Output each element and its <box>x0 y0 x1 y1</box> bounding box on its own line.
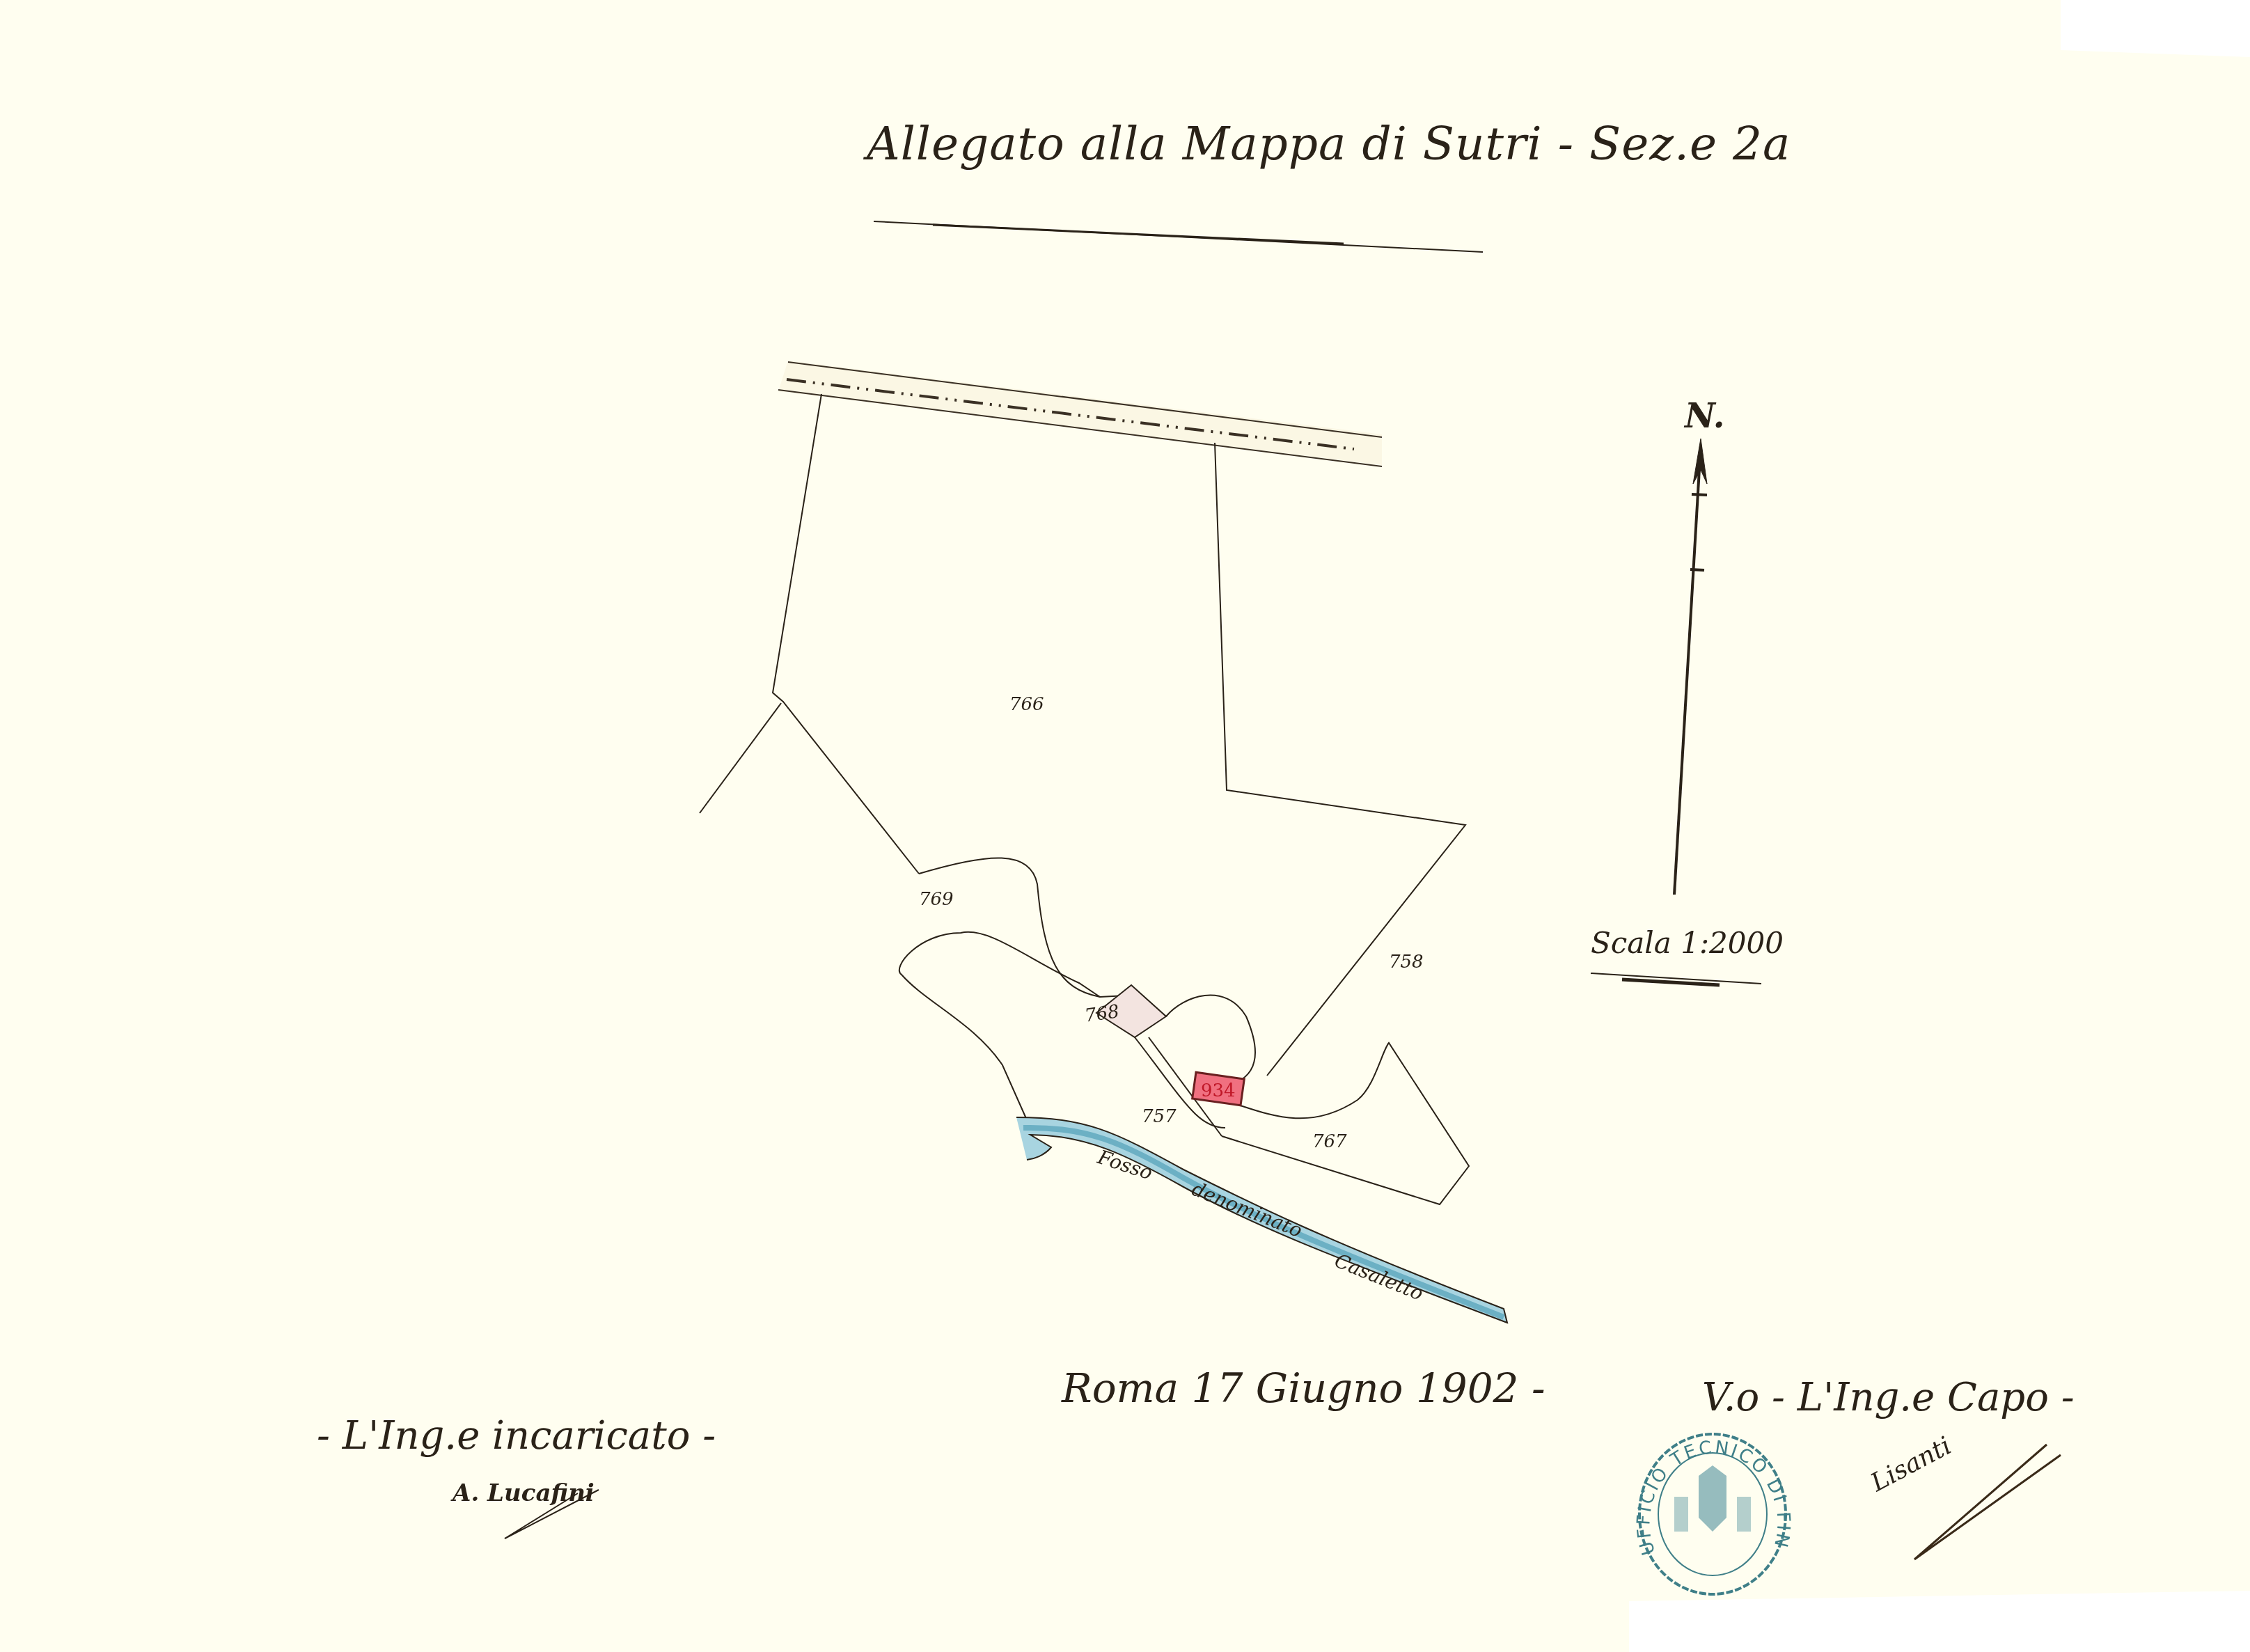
engineer-in-charge-signature: A. Lucafini <box>453 1479 595 1507</box>
date-line: Roma 17 Giugno 1902 - <box>1062 1364 1545 1412</box>
scale-label: Scala 1:2000 <box>1591 926 1784 960</box>
parcel-758-label: 758 <box>1389 952 1424 973</box>
parcel-934-label: 934 <box>1201 1080 1236 1101</box>
parcel-766-label: 766 <box>1009 694 1044 715</box>
parcel-934[interactable]: 934 <box>1193 1072 1245 1105</box>
chief-engineer-label: V.o - L'Ing.e Capo - <box>1702 1375 2075 1420</box>
engineer-in-charge-label: - L'Ing.e incaricato - <box>317 1413 716 1458</box>
paper-bottom-edge <box>1629 1591 2250 1652</box>
page-title: Allegato alla Mappa di Sutri - Sez.e 2a <box>867 117 1791 171</box>
parcel-769-label: 769 <box>919 889 954 910</box>
parcel-767-label: 767 <box>1312 1131 1347 1152</box>
map-sheet: 934 766 769 768 758 757 767 Fosso denomi… <box>0 0 2250 1652</box>
north-label: N. <box>1685 397 1725 436</box>
parcel-757-label: 757 <box>1142 1106 1177 1127</box>
